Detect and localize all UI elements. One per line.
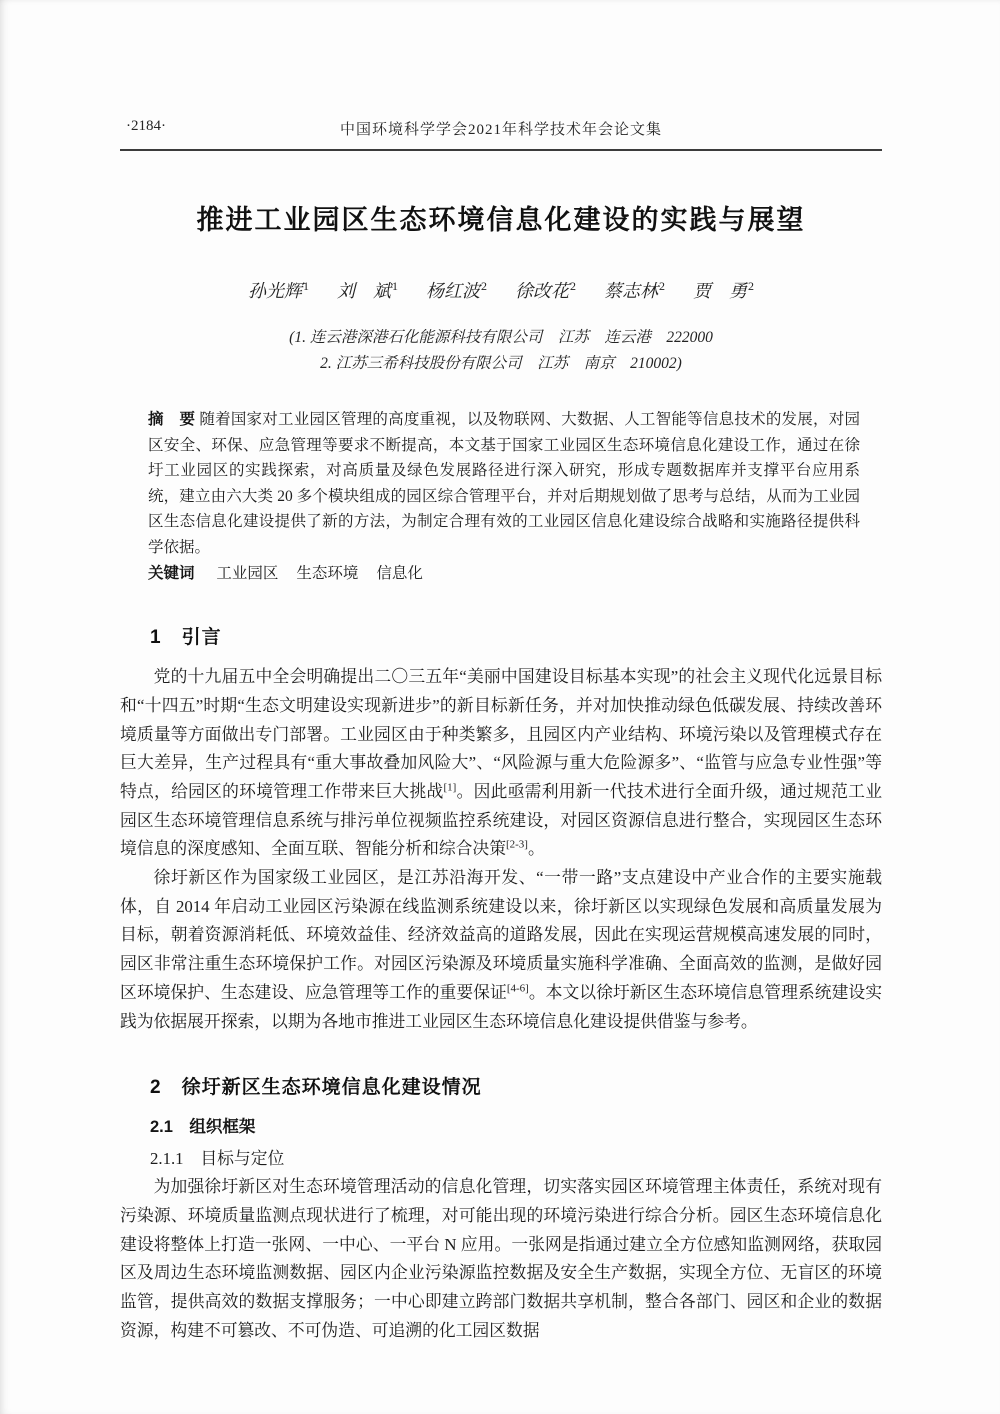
author-affiliation-marker: 2 — [748, 279, 754, 293]
abstract: 摘 要 随着国家对工业园区管理的高度重视，以及物联网、大数据、人工智能等信息技术… — [148, 407, 860, 561]
keyword: 生态环境 — [296, 565, 358, 582]
citation-marker: [4-6] — [507, 982, 529, 994]
author: 徐改花2 — [515, 281, 576, 301]
page-content: ·2184· 中国环境科学学会2021年科学技术年会论文集 推进工业园区生态环境… — [0, 0, 1000, 1346]
author: 贾 勇2 — [693, 281, 754, 301]
paragraph: 为加强徐圩新区对生态环境管理活动的信息化管理，切实落实园区环境管理主体责任，系统… — [120, 1173, 882, 1345]
affiliations: (1. 连云港深港石化能源科技有限公司 江苏 连云港 222000 2. 江苏三… — [120, 325, 882, 377]
author-affiliation-marker: 1 — [392, 279, 398, 293]
paragraph: 徐圩新区作为国家级工业园区，是江苏沿海开发、“一带一路”支点建设中产业合作的主要… — [120, 864, 882, 1036]
author: 杨红波2 — [426, 281, 487, 301]
author-affiliation-marker: 2 — [570, 279, 576, 293]
author-affiliation-marker: 1 — [303, 279, 309, 293]
running-head: ·2184· 中国环境科学学会2021年科学技术年会论文集 — [120, 118, 882, 138]
author-affiliation-marker: 2 — [481, 279, 487, 293]
section-1-heading: 1 引言 — [150, 622, 882, 649]
section-2-heading: 2 徐圩新区生态环境信息化建设情况 — [150, 1072, 882, 1099]
author-affiliation-marker: 2 — [659, 279, 665, 293]
citation-marker: [2-3] — [506, 839, 528, 851]
page-number: ·2184· — [126, 118, 166, 135]
section-2-1-heading: 2.1 组织框架 — [150, 1113, 882, 1137]
proceedings-title: 中国环境科学学会2021年科学技术年会论文集 — [120, 118, 882, 139]
header-rule — [120, 149, 882, 151]
paper-page: ·2184· 中国环境科学学会2021年科学技术年会论文集 推进工业园区生态环境… — [0, 0, 1000, 1414]
keywords: 关键词 工业园区生态环境信息化 — [148, 561, 860, 587]
affiliation-line-2: 2. 江苏三希科技股份有限公司 江苏 南京 210002) — [120, 351, 882, 377]
keywords-label: 关键词 — [148, 565, 195, 582]
affiliation-line-1: (1. 连云港深港石化能源科技有限公司 江苏 连云港 222000 — [120, 325, 882, 351]
keywords-list: 工业园区生态环境信息化 — [198, 565, 423, 582]
abstract-label: 摘 要 — [148, 411, 195, 428]
author: 孙光辉1 — [248, 281, 309, 301]
paragraph: 党的十九届五中全会明确提出二〇三五年“美丽中国建设目标基本实现”的社会主义现代化… — [120, 663, 882, 864]
author: 刘 斌1 — [337, 281, 398, 301]
article-title: 推进工业园区生态环境信息化建设的实践与展望 — [120, 198, 882, 237]
authors-line: 孙光辉1刘 斌1杨红波2徐改花2蔡志林2贾 勇2 — [120, 277, 882, 303]
citation-marker: [1] — [444, 781, 457, 793]
author: 蔡志林2 — [604, 281, 665, 301]
abstract-text: 随着国家对工业园区管理的高度重视，以及物联网、大数据、人工智能等信息技术的发展，… — [148, 411, 860, 556]
keyword: 信息化 — [376, 565, 423, 582]
section-2-1-1-heading: 2.1.1 目标与定位 — [150, 1145, 882, 1169]
keyword: 工业园区 — [216, 565, 278, 582]
